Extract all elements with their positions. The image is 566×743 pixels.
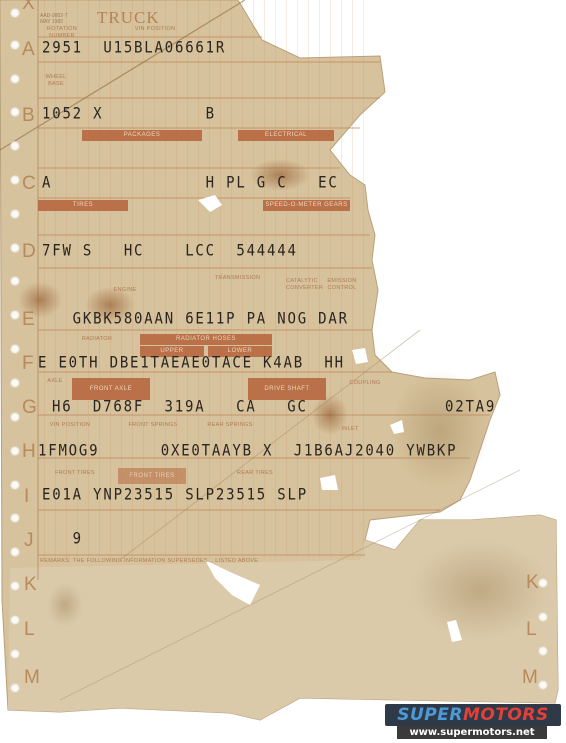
build-sheet: AAD-9802-T MAY 1980 X TRUCK ROTATION NUM… [0,0,566,743]
row-letter-j: J [24,531,34,550]
typed-row-i: E01A YNP23515 SLP23515 SLP [42,486,308,504]
row-letter-c: C [22,174,36,193]
coupling-label: COUPLING [335,380,395,387]
typed-row-b: 1052 X B [42,105,216,123]
punch-hole [10,513,20,523]
rear-springs-label: REAR SPRINGS [200,422,260,429]
row-letter-a: A [22,40,35,59]
row-letter-l: L [24,620,35,639]
wheel-base-label: WHEEL BASE [42,74,70,88]
punch-hole [10,243,20,253]
typed-row-a: 2951 U15BLA06661R [42,39,226,57]
punch-hole [10,175,20,185]
row-letter-h: H [22,442,36,461]
punch-hole [10,683,20,693]
punch-hole [10,209,20,219]
tires-header: TIRES [38,200,128,211]
typed-row-g: H6 D768F 319A CA GC [52,398,308,416]
row-letter-i: I [24,487,29,506]
drive-shaft-header: DRIVE SHAFT [248,378,326,400]
punch-hole [10,74,20,84]
typed-row-h: 1FMOG9 0XE0TAAYB X J1B6AJ2040 YWBKP [38,442,457,460]
row-letter-b: B [22,106,35,125]
axle-label: AXLE [40,378,70,385]
front-tires-header: FRONT TIRES [118,468,186,484]
punch-hole [538,646,548,656]
punch-hole [10,344,20,354]
punch-hole [10,8,20,18]
transmission-label: TRANSMISSION [205,275,270,282]
vin-position-h-label: VIN POSITION [40,422,100,429]
inlet-label: INLET [335,426,365,433]
radiator-label: RADIATOR [62,336,132,343]
punch-hole [538,578,548,588]
typed-row-e: GKBK580AAN 6E11P PA NOG DAR [42,310,349,328]
front-tires-label: FRONT TIRES [40,470,110,477]
typed-row-f: E E0TH DBE1TAEAE0TACE K4AB HH [38,354,345,372]
watermark-url: www.supermotors.net [397,726,547,739]
row-letter-g: G [22,398,37,417]
typed-row-c: A H PL G C EC [42,174,339,192]
packages-header: PACKAGES [82,130,202,141]
punch-hole [10,446,20,456]
emission-control-label: EMISSION CONTROL [325,278,359,292]
row-letter-k: K [24,575,37,594]
punch-hole [10,412,20,422]
vin-position-label: VIN POSITION [100,26,210,33]
front-springs-label: FRONT SPRINGS [118,422,188,429]
typed-row-d: 7FW S HC LCC 544444 [42,242,298,260]
radiator-hoses-header: RADIATOR HOSES [140,334,272,345]
form-title: TRUCK [97,8,160,28]
right-letter-m: M [522,668,538,687]
punch-hole [10,378,20,388]
supermotors-watermark: SUPERMOTORS www.supermotors.net [385,704,561,740]
catalytic-converter-label: CATALYTIC CONVERTER [286,278,318,292]
front-axle-header: FRONT AXLE [72,378,150,400]
form-number: AAD-9802-T MAY 1980 [40,13,68,25]
speedometer-gears-header: SPEED-O-METER GEARS [263,200,350,211]
punch-hole [10,40,20,50]
punch-hole [10,547,20,557]
typed-row-g-right: 02TA9 [445,398,496,416]
punch-hole [10,107,20,117]
supermotors-logo: SUPERMOTORS [385,704,561,726]
punch-hole [10,310,20,320]
punch-hole [538,612,548,622]
punch-hole [10,615,20,625]
electrical-header: ELECTRICAL [238,130,334,141]
row-letter-m: M [24,668,40,687]
right-letter-k: K [526,573,539,592]
punch-hole [10,276,20,286]
rear-tires-label: REAR TIRES [220,470,290,477]
typed-row-j: 9 [42,530,83,548]
punch-hole [10,141,20,151]
punch-hole [10,581,20,591]
remarks-label: REMARKS: THE FOLLOWING INFORMATION SUPER… [40,558,320,565]
punch-hole [538,680,548,690]
punch-hole [10,649,20,659]
corner-mark: X [22,0,35,13]
row-letter-e: E [22,310,35,329]
row-letter-d: D [22,242,36,261]
engine-label: ENGINE [100,287,150,294]
punch-hole [10,480,20,490]
right-letter-l: L [526,620,537,639]
row-letter-f: F [22,354,34,373]
